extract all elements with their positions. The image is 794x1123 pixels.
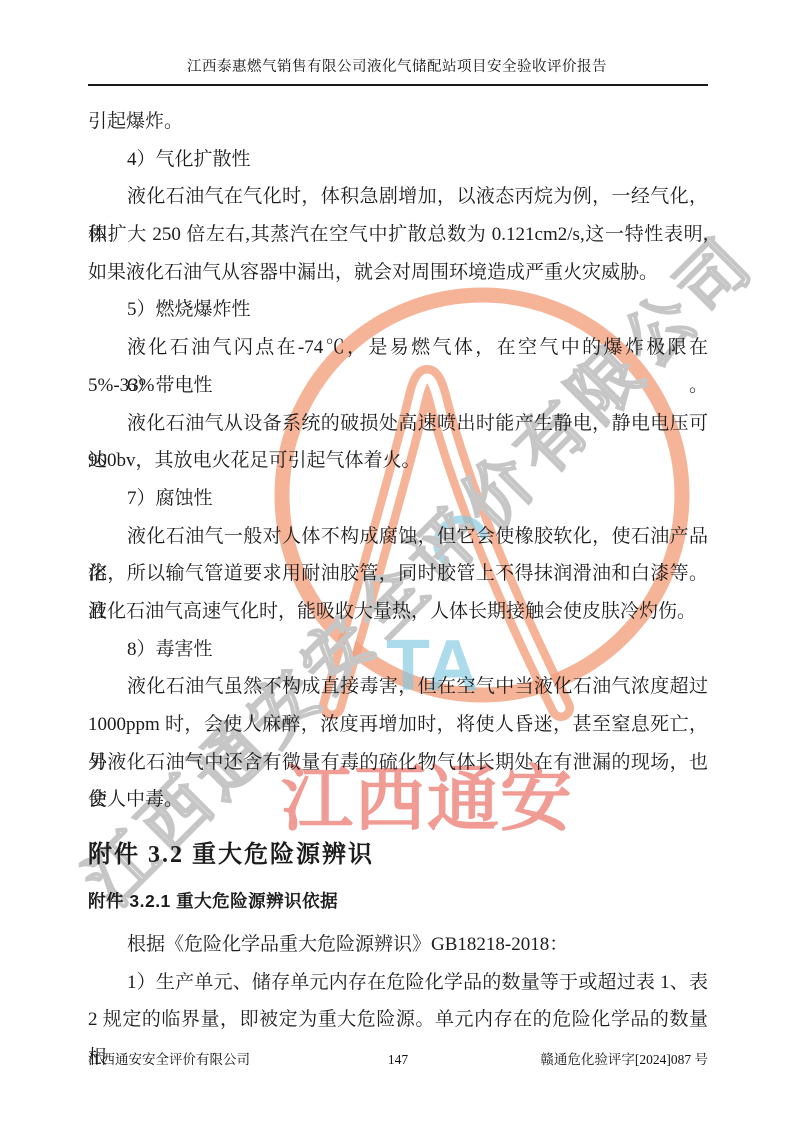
subsection-heading: 附件 3.2.1 重大危险源辨识依据	[88, 889, 708, 913]
page-footer: 江西通安安全评价有限公司 147 赣通危化验评字[2024]087 号	[88, 1048, 708, 1068]
header-rule	[88, 84, 708, 86]
list-item-heading: 8）毒害性	[88, 631, 708, 669]
document-page: TA 江西通安安全评价有限公司 江西通安 江西泰惠燃气销售有限公司液化气储配站项…	[0, 0, 794, 1123]
body-line: 液化石油气高速气化时，能吸收大量热，人体长期接触会使皮肤冷灼伤。	[88, 593, 708, 631]
report-title: 江西泰惠燃气销售有限公司液化气储配站项目安全验收评价报告	[0, 55, 794, 76]
section-heading: 附件 3.2 重大危险源辨识	[88, 840, 708, 870]
list-item-heading: 4）气化扩散性	[88, 141, 708, 179]
body-line: 液化石油气从设备系统的破损处高速喷出时能产生静电，静电电压可达	[88, 405, 708, 443]
body-line: 液化石油气一般对人体不构成腐蚀，但它会使橡胶软化，使石油产品溶	[88, 518, 708, 556]
page-body: 引起爆炸。 4）气化扩散性 液化石油气在气化时，体积急剧增加，以液态丙烷为例，一…	[88, 103, 708, 1039]
list-item-heading: 7）腐蚀性	[88, 480, 708, 518]
list-item-heading: 5）燃烧爆炸性	[88, 291, 708, 329]
body-line: 900bv，其放电火花足可引起气体着火。	[88, 442, 708, 480]
body-line: 外液化石油气中还含有微量有毒的硫化物气体长期处在有泄漏的现场，也会	[88, 744, 708, 782]
body-line: 使人中毒。	[88, 781, 708, 819]
body-line: 引起爆炸。	[88, 103, 708, 141]
body-line: 1）生产单元、储存单元内存在危险化学品的数量等于或超过表 1、表	[88, 964, 708, 1002]
footer-company: 江西通安安全评价有限公司	[88, 1048, 388, 1068]
body-line: 化，所以输气管道要求用耐油胶管，同时胶管上不得抹润滑油和白漆等。且	[88, 555, 708, 593]
body-line: 如果液化石油气从容器中漏出，就会对周围环境造成严重火灾威胁。	[88, 254, 708, 292]
body-line: 2 规定的临界量，即被定为重大危险源。单元内存在的危险化学品的数量根	[88, 1001, 708, 1039]
body-line: 根据《危险化学品重大危险源辨识》GB18218-2018：	[88, 926, 708, 964]
body-line: 液化石油气闪点在-74℃，是易燃气体，在空气中的爆炸极限在 5%-33%。	[88, 329, 708, 367]
footer-document-number: 赣通危化验评字[2024]087 号	[408, 1048, 708, 1068]
body-line: 液化石油气虽然不构成直接毒害，但在空气中当液化石油气浓度超过	[88, 668, 708, 706]
body-line: 积扩大 250 倍左右,其蒸汽在空气中扩散总数为 0.121cm2/s,这一特性…	[88, 216, 708, 254]
body-line: 1000ppm 时，会使人麻醉，浓度再增加时，将使人昏迷，甚至窒息死亡，另	[88, 706, 708, 744]
page-number: 147	[388, 1052, 408, 1068]
body-line: 液化石油气在气化时，体积急剧增加，以液态丙烷为例，一经气化，体	[88, 178, 708, 216]
